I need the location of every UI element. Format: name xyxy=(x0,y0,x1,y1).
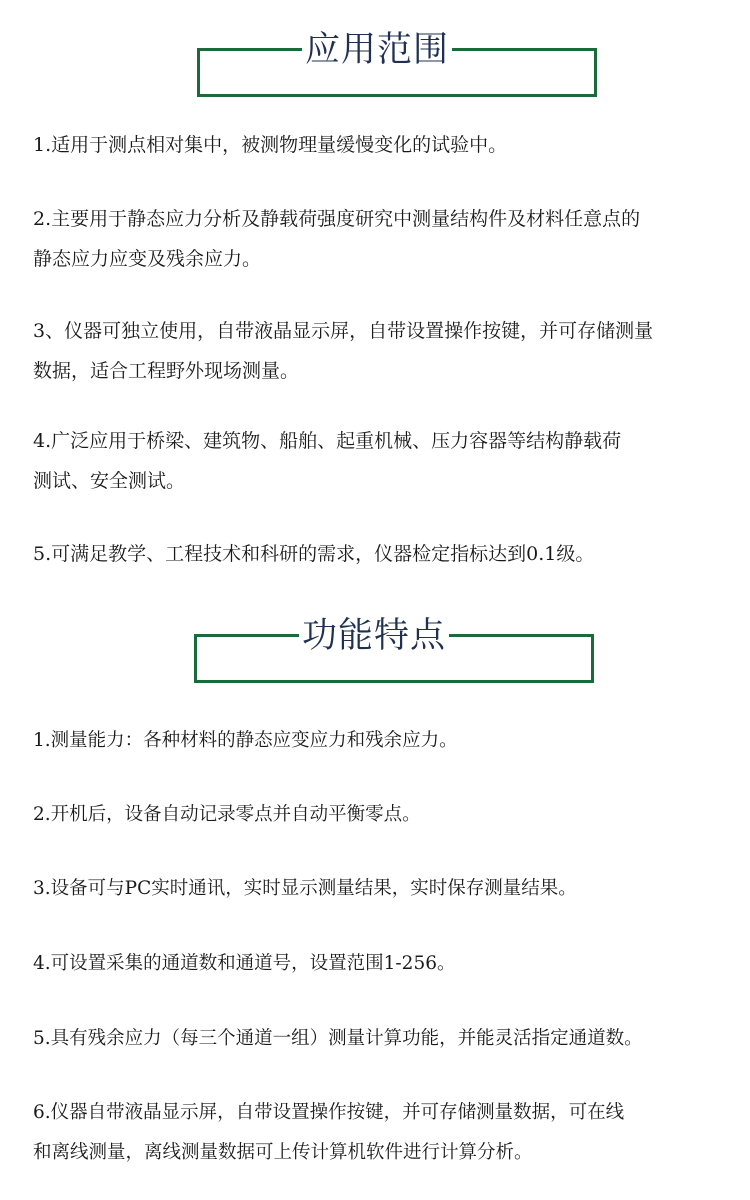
list-item: 4.广泛应用于桥梁、建筑物、船舶、起重机械、压力容器等结构静载荷 测试、安全测试… xyxy=(33,421,748,501)
item-text: 静态应力应变及残余应力。 xyxy=(33,239,748,279)
item-text: 2.开机后，设备自动记录零点并自动平衡零点。 xyxy=(33,795,748,835)
item-text: 3.设备可与PC实时通讯，实时显示测量结果，实时保存测量结果。 xyxy=(33,869,748,909)
item-text: 1.测量能力：各种材料的静态应变应力和残余应力。 xyxy=(33,721,748,761)
list-item: 3.设备可与PC实时通讯，实时显示测量结果，实时保存测量结果。 xyxy=(33,869,748,909)
item-text: 测试、安全测试。 xyxy=(33,461,748,501)
section-title-application-scope: 应用范围 xyxy=(302,30,452,70)
list-item: 2.开机后，设备自动记录零点并自动平衡零点。 xyxy=(33,795,748,835)
item-text: 2.主要用于静态应力分析及静载荷强度研究中测量结构件及材料任意点的 xyxy=(33,199,748,239)
item-text: 1.适用于测点相对集中，被测物理量缓慢变化的试验中。 xyxy=(33,125,748,165)
item-text: 4.广泛应用于桥梁、建筑物、船舶、起重机械、压力容器等结构静载荷 xyxy=(33,421,748,461)
list-item: 5.可满足教学、工程技术和科研的需求，仪器检定指标达到0.1级。 xyxy=(33,534,748,574)
list-item: 1.适用于测点相对集中，被测物理量缓慢变化的试验中。 xyxy=(33,125,748,165)
list-item: 4.可设置采集的通道数和通道号，设置范围1-256。 xyxy=(33,944,748,984)
section-title-features: 功能特点 xyxy=(299,616,449,656)
list-item: 2.主要用于静态应力分析及静载荷强度研究中测量结构件及材料任意点的 静态应力应变… xyxy=(33,199,748,279)
item-text: 5.具有残余应力（每三个通道一组）测量计算功能，并能灵活指定通道数。 xyxy=(33,1019,748,1059)
item-text: 数据，适合工程野外现场测量。 xyxy=(33,351,748,391)
list-item: 3、仪器可独立使用，自带液晶显示屏，自带设置操作按键，并可存储测量 数据，适合工… xyxy=(33,311,748,391)
item-text: 4.可设置采集的通道数和通道号，设置范围1-256。 xyxy=(33,944,748,984)
item-text: 和离线测量，离线测量数据可上传计算机软件进行计算分析。 xyxy=(33,1133,748,1173)
list-item: 6.仪器自带液晶显示屏，自带设置操作按键，并可存储测量数据，可在线 和离线测量，… xyxy=(33,1093,748,1173)
item-text: 3、仪器可独立使用，自带液晶显示屏，自带设置操作按键，并可存储测量 xyxy=(33,311,748,351)
list-item: 1.测量能力：各种材料的静态应变应力和残余应力。 xyxy=(33,721,748,761)
list-item: 5.具有残余应力（每三个通道一组）测量计算功能，并能灵活指定通道数。 xyxy=(33,1019,748,1059)
item-text: 6.仪器自带液晶显示屏，自带设置操作按键，并可存储测量数据，可在线 xyxy=(33,1093,748,1133)
item-text: 5.可满足教学、工程技术和科研的需求，仪器检定指标达到0.1级。 xyxy=(33,534,748,574)
